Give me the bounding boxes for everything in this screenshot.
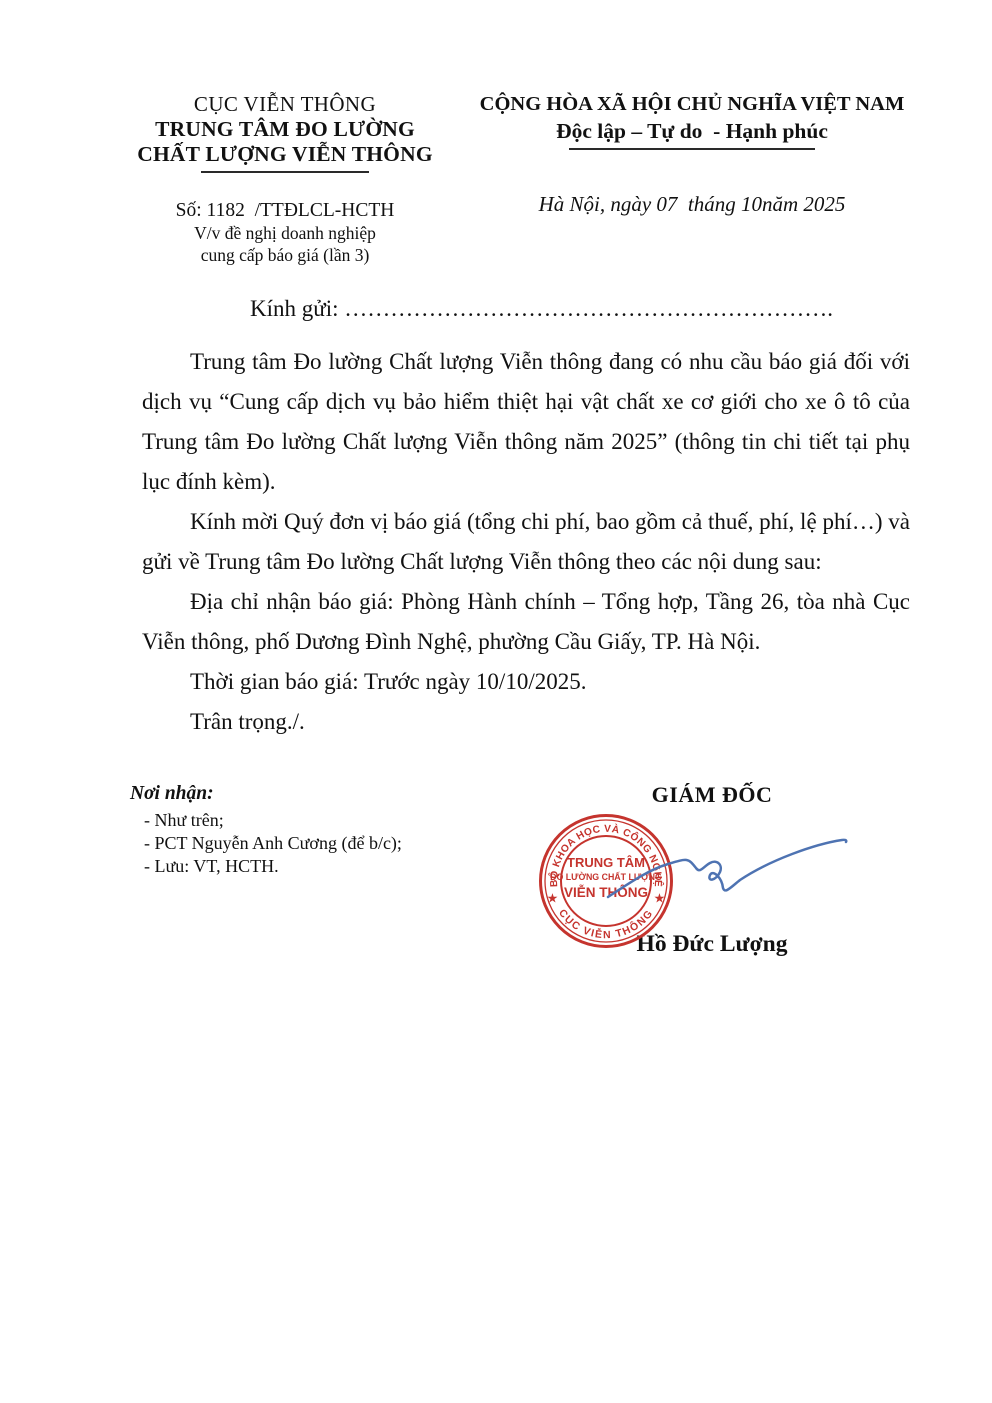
recipients-block: Nơi nhận: - Như trên; - PCT Nguyễn Anh C… <box>130 783 460 878</box>
subject-line2: cung cấp báo giá (lần 3) <box>112 244 458 266</box>
national-motto: Độc lập – Tự do - Hạnh phúc <box>452 119 932 145</box>
paragraph-address: Địa chỉ nhận báo giá: Phòng Hành chính –… <box>142 582 910 662</box>
org-name-line1: TRUNG TÂM ĐO LƯỜNG <box>112 117 458 142</box>
parent-agency-name: CỤC VIỄN THÔNG <box>112 92 458 117</box>
org-name-line2: CHẤT LƯỢNG VIỄN THÔNG <box>112 142 458 167</box>
paragraph-closing: Trân trọng./. <box>142 702 910 742</box>
document-number: Số: 1182 /TTĐLCL-HCTH <box>112 199 458 222</box>
handwritten-signature <box>580 818 870 908</box>
salutation-text: Kính gửi: ………………………………………………………. <box>250 296 833 321</box>
motto-underline <box>569 148 815 150</box>
recipients-list: - Như trên; - PCT Nguyễn Anh Cương (để b… <box>130 809 460 878</box>
subject-line1: V/v đề nghị doanh nghiệp <box>112 222 458 244</box>
salutation-line: Kính gửi: ………………………………………………………. <box>142 296 910 322</box>
signature-stroke <box>608 840 846 897</box>
recipients-label: Nơi nhận: <box>130 783 460 805</box>
recipient-item: - PCT Nguyễn Anh Cương (để b/c); <box>144 832 460 855</box>
paragraph-request: Trung tâm Đo lường Chất lượng Viễn thông… <box>142 342 910 502</box>
recipient-item: - Lưu: VT, HCTH. <box>144 855 460 878</box>
stamp-star-left-icon: ★ <box>547 891 559 906</box>
country-name: CỘNG HÒA XÃ HỘI CHỦ NGHĨA VIỆT NAM <box>452 92 932 117</box>
issuer-underline <box>201 171 369 173</box>
letter-body: Trung tâm Đo lường Chất lượng Viễn thông… <box>142 342 910 742</box>
official-letter-page: CỤC VIỄN THÔNG TRUNG TÂM ĐO LƯỜNG CHẤT L… <box>0 0 992 1403</box>
paragraph-deadline: Thời gian báo giá: Trước ngày 10/10/2025… <box>142 662 910 702</box>
paragraph-invitation: Kính mời Quý đơn vị báo giá (tổng chi ph… <box>142 502 910 582</box>
recipient-item: - Như trên; <box>144 809 460 832</box>
national-header: CỘNG HÒA XÃ HỘI CHỦ NGHĨA VIỆT NAM Độc l… <box>452 92 932 218</box>
place-date-line: Hà Nội, ngày 07 tháng 10năm 2025 <box>452 192 932 217</box>
issuer-header: CỤC VIỄN THÔNG TRUNG TÂM ĐO LƯỜNG CHẤT L… <box>112 92 458 266</box>
